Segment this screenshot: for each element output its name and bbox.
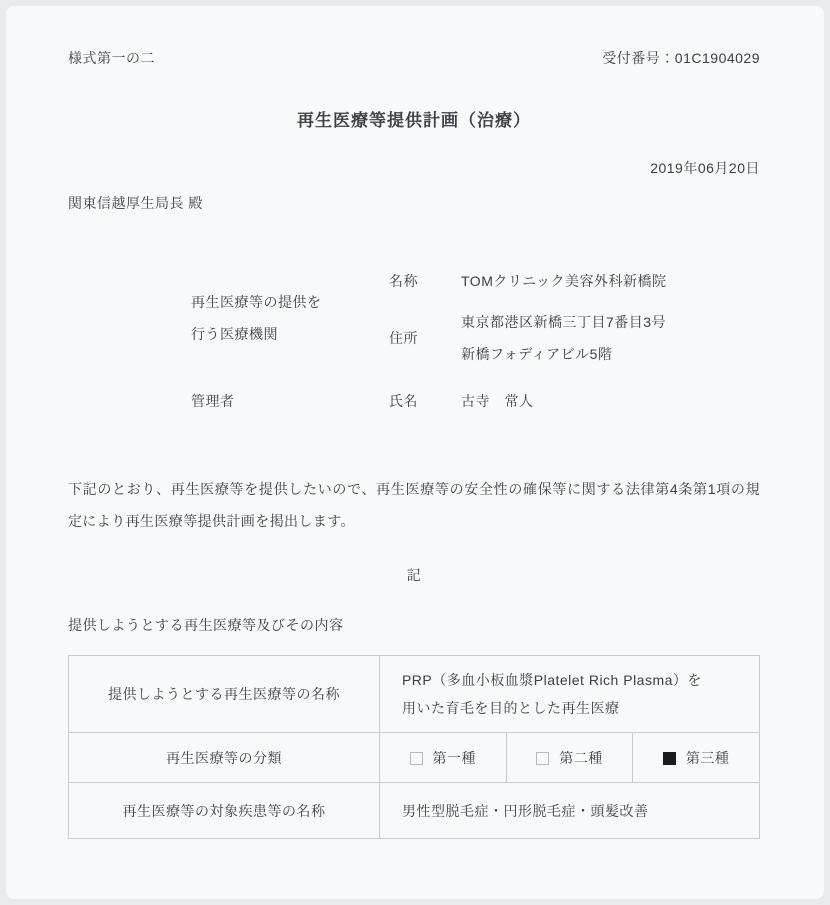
checkbox-type3-icon — [663, 752, 676, 765]
plan-table: 提供しようとする再生医療等の名称 PRP（多血小板血漿Platelet Rich… — [68, 655, 760, 839]
provider-address-row: 住所 東京都港区新橋三丁目7番目3号 新橋フォディアビル5階 — [389, 306, 760, 370]
provider-name-value: TOMクリニック美容外科新橋院 — [461, 265, 667, 297]
checkbox-type2-icon — [536, 752, 549, 765]
row-disease-value: 男性型脱毛症・円形脱毛症・頭髪改善 — [379, 783, 759, 839]
provider-address-label: 住所 — [389, 328, 461, 348]
provider-manager-fields: 氏名 古寺 常人 — [389, 385, 760, 417]
provider-address-line1: 東京都港区新橋三丁目7番目3号 — [461, 314, 666, 330]
provider-org-label-line1: 再生医療等の提供を — [191, 294, 322, 310]
form-code: 様式第一の二 — [68, 48, 155, 68]
document-header: 様式第一の二 受付番号：01C1904029 — [68, 48, 760, 68]
table-row-classification: 再生医療等の分類 第一種 第二種 第三種 — [69, 733, 760, 783]
provider-org-label-line2: 行う医療機関 — [191, 326, 278, 342]
document-page: 様式第一の二 受付番号：01C1904029 再生医療等提供計画（治療） 201… — [6, 6, 824, 899]
document-date: 2019年06月20日 — [68, 158, 760, 178]
body-paragraph: 下記のとおり、再生医療等を提供したいので、再生医療等の安全性の確保等に関する法律… — [68, 473, 760, 537]
classification-option-1-label: 第一種 — [433, 750, 477, 766]
row-name-value: PRP（多血小板血漿Platelet Rich Plasma）を 用いた育毛を目… — [379, 656, 759, 733]
table-row-name: 提供しようとする再生医療等の名称 PRP（多血小板血漿Platelet Rich… — [69, 656, 760, 733]
row-name-value-line2: 用いた育毛を目的とした再生医療 — [402, 700, 620, 716]
provider-name-row: 名称 TOMクリニック美容外科新橋院 — [389, 265, 760, 297]
provider-org-fields: 名称 TOMクリニック美容外科新橋院 住所 東京都港区新橋三丁目7番目3号 新橋… — [389, 265, 760, 371]
classification-option-2: 第二種 — [506, 733, 633, 783]
addressee: 関東信越厚生局長 殿 — [68, 193, 760, 213]
provider-manager-row: 管理者 氏名 古寺 常人 — [191, 385, 760, 417]
document-content: 様式第一の二 受付番号：01C1904029 再生医療等提供計画（治療） 201… — [6, 6, 824, 899]
section-heading: 提供しようとする再生医療等及びその内容 — [68, 615, 760, 635]
provider-manager-name-label: 氏名 — [389, 391, 461, 411]
provider-org-row: 再生医療等の提供を 行う医療機関 名称 TOMクリニック美容外科新橋院 住所 東… — [191, 265, 760, 371]
row-disease-label: 再生医療等の対象疾患等の名称 — [69, 783, 380, 839]
classification-option-3: 第三種 — [633, 733, 760, 783]
provider-block: 再生医療等の提供を 行う医療機関 名称 TOMクリニック美容外科新橋院 住所 東… — [191, 265, 760, 417]
provider-name-label: 名称 — [389, 271, 461, 291]
table-row-disease: 再生医療等の対象疾患等の名称 男性型脱毛症・円形脱毛症・頭髪改善 — [69, 783, 760, 839]
classification-option-2-label: 第二種 — [559, 750, 603, 766]
checkbox-type1-icon — [410, 752, 423, 765]
ki-marker: 記 — [68, 565, 760, 585]
row-name-label: 提供しようとする再生医療等の名称 — [69, 656, 380, 733]
classification-option-1: 第一種 — [379, 733, 506, 783]
classification-option-3-label: 第三種 — [686, 750, 730, 766]
provider-org-label: 再生医療等の提供を 行う医療機関 — [191, 286, 389, 350]
row-classification-label: 再生医療等の分類 — [69, 733, 380, 783]
provider-manager-name-value: 古寺 常人 — [461, 385, 534, 417]
row-name-value-line1: PRP（多血小板血漿Platelet Rich Plasma）を — [402, 672, 702, 688]
receipt-number: 受付番号：01C1904029 — [602, 48, 760, 68]
page-title: 再生医療等提供計画（治療） — [68, 106, 760, 131]
provider-address-line2: 新橋フォディアビル5階 — [461, 346, 612, 362]
provider-manager-name-row: 氏名 古寺 常人 — [389, 385, 760, 417]
provider-address-value: 東京都港区新橋三丁目7番目3号 新橋フォディアビル5階 — [461, 306, 666, 370]
provider-manager-label: 管理者 — [191, 385, 389, 417]
